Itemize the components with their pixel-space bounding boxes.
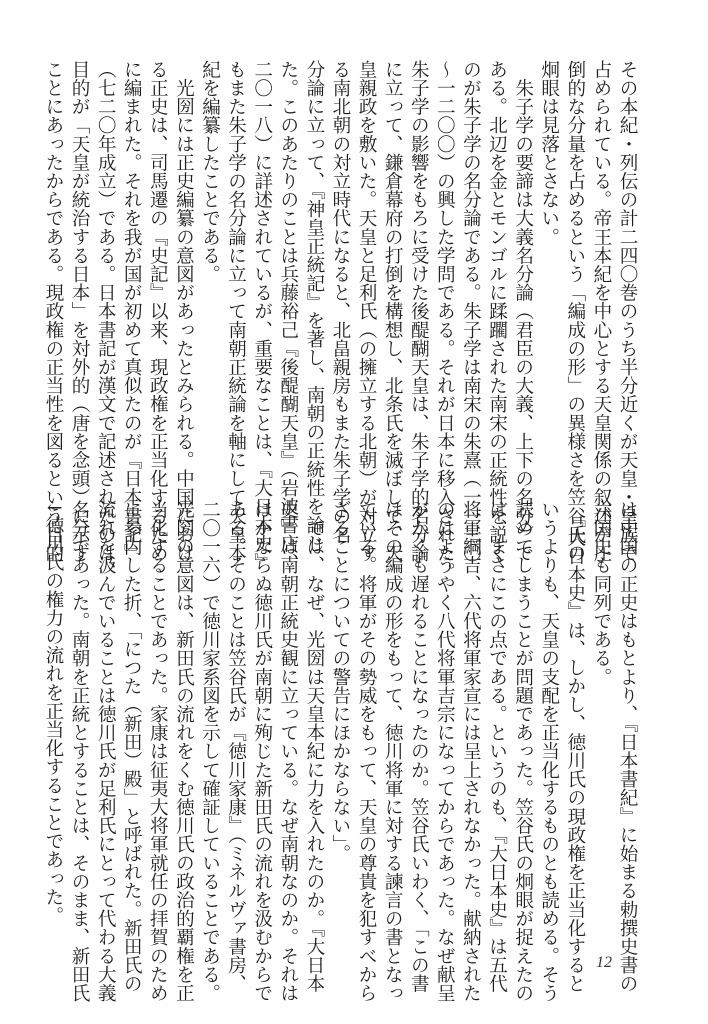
text-column: は中国の正史はもとより、『日本書紀』に始まる勅撰史書の [614,500,640,912]
page-number: 12 [596,954,612,972]
text-column: ほかならぬ徳川氏が南朝に殉じた新田氏の流れを汲むからで [249,500,275,912]
text-column: に立って、鎌倉幕府の打倒を構想し、北条氏を滅ぼして、天 [379,60,405,472]
text-column: に参内した折、「につた（新田）殿」と呼ばれた。新田氏の [118,500,144,912]
text-column: では、なぜ、光圀は天皇本紀に力を入れたのか。『大日本 [301,500,327,912]
text-block-bottom: は中国の正史はもとより、『日本書紀』に始まる勅撰史書の 六国史も同列である。 『… [66,500,640,912]
text-column: ている。将軍がその勢威をもって、天皇の尊貴を犯すべから [353,500,379,912]
text-column: もまた朱子学の名分論に立って南朝正統論を軸にして天皇本 [223,60,249,472]
text-column: 分論に立って、『神皇正統記』を著し、南朝の正統性を論じ [301,60,327,472]
text-column: 『大日本史』は、しかし、徳川氏の現政権を正当化すると [562,500,588,912]
text-column: 朱子学の要諦は大義名分論（君臣の大義、上下の名分）で [510,60,536,472]
text-column: 皇親政を敷いた。天皇と足利氏（の擁立する北朝）が対立す [353,60,379,472]
text-column: 当化することであった。家康は征夷大将軍就任の拝賀のため [144,500,170,912]
text-column: 目的が「天皇が統治する日本」を対外的（唐を念頭）に示す [66,60,92,472]
text-column: 光圀には正史編纂の意図があったとみられる。中国におけ [170,60,196,472]
text-column: がかくも遅れることになったのか。笠谷氏いわく、「この書 [405,500,431,912]
text-column: その本紀・列伝の計二四〇巻のうち半分近くが天皇・皇族で [614,60,640,472]
text-block-top: その本紀・列伝の計二四〇巻のうち半分近くが天皇・皇族で 占められている。帝王本紀… [66,60,640,472]
text-column: る南北朝の対立時代になると、北畠親房もまた朱子学の名 [327,60,353,472]
text-column: ざることについての警告にほかならない」。 [327,500,353,912]
text-column: 二〇一八）に詳述されているが、重要なことは、『大日本史』 [249,60,275,472]
text-column: た。このあたりのことは兵藤裕己『後醍醐天皇』（岩波書店、 [275,60,301,472]
text-column: ある。そのことは笠谷氏が『徳川家康』（ミネルヴァ書房、 [223,500,249,912]
text-column: ある。北辺を金とモンゴルに蹂躙された南宋の正統性を説く [483,60,509,472]
text-column: ことにあったからである。現政権の正当性を図るという目的 [40,60,66,472]
text-column: 炯眼は見落とさない。 [536,60,562,472]
text-column: 史』は南朝正統史観に立っている。なぜ南朝なのか。それは [275,500,301,912]
book-page: その本紀・列伝の計二四〇巻のうち半分近くが天皇・皇族で 占められている。帝王本紀… [0,0,708,1024]
text-column: に編まれた。それを我が国が初めて真似たのが『日本書記』 [118,60,144,472]
text-column: いうよりも、天皇の支配を正当化するものとも読める。そう [536,500,562,912]
text-column: 将軍綱吉、六代将軍家宣には呈上されなかった。献納された [457,500,483,912]
text-column: 光圀の意図は、新田氏の流れをくむ徳川氏の政治的覇権を正 [170,500,196,912]
text-column: のが朱子学の名分論である。朱子学は南宋の朱熹（一一三〇 [457,60,483,472]
text-column: ↓徳川氏の権力の流れを正当化することであった。 [40,500,66,912]
text-column: はその編成の形をもって、徳川将軍に対する諫言の書となっ [379,500,405,912]
text-column: 読めてしまうことが問題であった。笠谷氏の炯眼が捉えたの [510,500,536,912]
text-column: る正史は、司馬遷の『史記』以来、現政権を正当化するため [144,60,170,472]
text-column: 流れを汲んでいることは徳川氏が足利氏にとって代わる大義 [92,500,118,912]
text-column: （七二〇年成立）である。日本書記が漢文で記述されたのは、 [92,60,118,472]
text-column: 朱子学の影響をもろに受けた後醍醐天皇は、朱子学的名分論 [405,60,431,472]
text-column: は、まさにこの点である。というのも、『大日本史』は五代 [483,500,509,912]
text-column: 紀を編纂したことである。 [196,60,222,472]
text-column: 倒的な分量を占めるという「編成の形」の異様さを笠谷氏の [562,60,588,472]
text-column: 二〇一六）で徳川家系図を示して確証していることである。 [196,500,222,912]
text-column: 六国史も同列である。 [588,500,614,912]
text-column: 名分であった。南朝を正統とすることは、そのまま、新田氏 [66,500,92,912]
text-column: 占められている。帝王本紀を中心とする天皇関係の叙述が圧 [588,60,614,472]
text-column: ～一二〇〇）の興した学問である。それが日本に移入された。 [431,60,457,472]
text-column: のはようやく八代将軍吉宗になってからであった。なぜ献呈 [431,500,457,912]
